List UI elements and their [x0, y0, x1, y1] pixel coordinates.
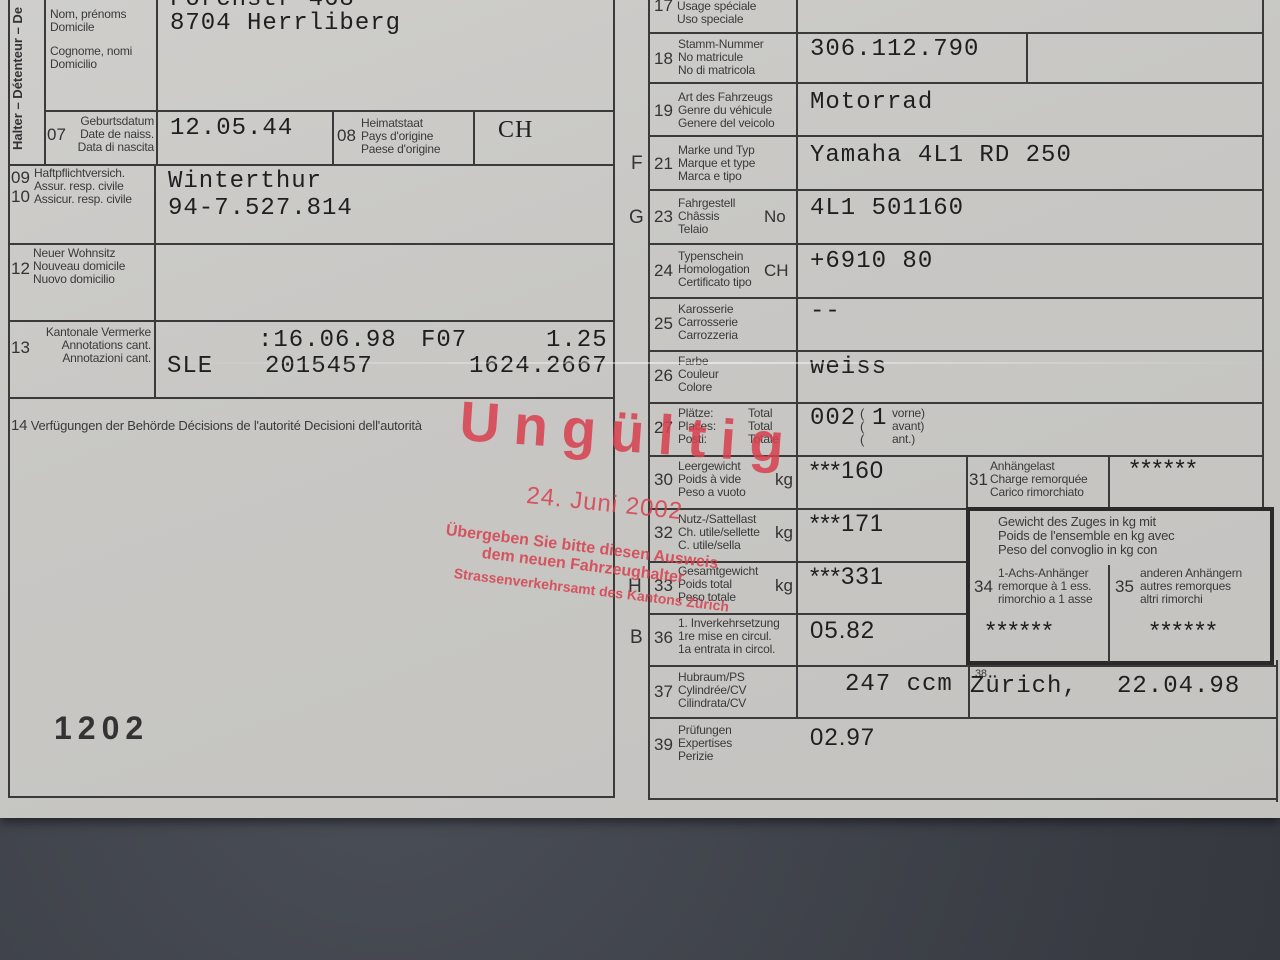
field-number: 36: [654, 628, 673, 648]
field-number: 17: [654, 0, 673, 16]
divider: [44, 110, 614, 112]
field-number: 23: [654, 207, 673, 227]
issue-place-value: Zürich,: [970, 673, 1078, 700]
divider: [648, 508, 968, 510]
field-number: 32: [654, 523, 673, 543]
field-number: 18: [654, 49, 673, 69]
divider: [648, 82, 1263, 84]
field-number: 39: [654, 735, 673, 755]
seats-parens: (((: [860, 407, 864, 446]
field-number: 34: [974, 577, 993, 597]
body-label: Karosserie Carrosserie Carrozzeria: [678, 303, 738, 342]
field-number: 30: [654, 470, 673, 490]
chassis-value: 4L1 501160: [810, 195, 964, 222]
field-number: 35: [1115, 577, 1134, 597]
color-label: Farbe Couleur Colore: [678, 355, 719, 394]
trailer-load-value: ******: [1130, 455, 1198, 483]
section-letter: F: [631, 153, 643, 175]
divider: [648, 243, 1263, 245]
make-model-value: Yamaha 4L1 RD 250: [810, 142, 1072, 169]
divider: [648, 32, 1263, 34]
registration-document: Halter – Détenteur – De Nom, prénoms Dom…: [0, 0, 1280, 818]
divider: [796, 0, 798, 718]
chassis-label: Fahrgestell Châssis Telaio: [678, 197, 735, 236]
divider: [1026, 32, 1028, 82]
birthdate-value: 12.05.44: [170, 115, 293, 142]
make-model-label: Marke und Typ Marque et type Marca e tip…: [678, 144, 755, 183]
first-registration-label: 1. Inverkehrsetzung 1re mise en circul. …: [678, 617, 780, 656]
section-letter: G: [629, 207, 644, 229]
total-weight-value: ***331: [810, 563, 884, 591]
vehicle-type-label: Art des Fahrzeugs Genre du véhicule Gene…: [678, 91, 774, 130]
divider: [648, 613, 968, 615]
seats-total-value: 002: [810, 405, 856, 432]
origin-value: CH: [498, 117, 533, 144]
field-number: 25: [654, 314, 673, 334]
divider: [966, 455, 968, 508]
field-number: 21: [654, 154, 673, 174]
vehicle-type-value: Motorrad: [810, 89, 933, 116]
field-number: 09: [11, 168, 30, 188]
document-control-number: 1202: [54, 710, 149, 747]
divider: [8, 320, 614, 322]
divider: [332, 110, 334, 165]
single-axle-trailer-value: ******: [986, 617, 1054, 645]
divider: [44, 0, 46, 165]
divider: [648, 717, 1278, 719]
holder-section-label: Halter – Détenteur – De: [10, 7, 25, 150]
field-number: 31: [969, 470, 988, 490]
cantonal-code: F07: [421, 327, 467, 354]
registry-number-value: 306.112.790: [810, 36, 979, 63]
divider: [648, 350, 1263, 352]
inspections-label: Prüfungen Expertises Perizie: [678, 724, 732, 763]
field-number: 19: [654, 101, 673, 121]
divider: [1262, 0, 1264, 510]
authority-decisions-label: 14 Verfügungen der Behörde Décisions de …: [11, 419, 422, 432]
payload-value: ***171: [810, 510, 884, 538]
cantonal-notes-label: Kantonale Vermerke Annotations cant. Ann…: [33, 326, 151, 365]
trailer-load-label: Anhängelast Charge remorquée Carico rimo…: [990, 460, 1088, 499]
field-number: 37: [654, 682, 673, 702]
homologation-country: CH: [764, 261, 789, 281]
cantonal-number: 2015457: [265, 353, 373, 380]
holder-address-line2: 8704 Herrliberg: [170, 10, 401, 37]
special-use-label: Usage spéciale Uso speciale: [677, 0, 756, 26]
paper-crease: [150, 362, 1280, 364]
registry-number-label: Stamm-Nummer No matricule No di matricol…: [678, 38, 764, 77]
origin-label: Heimatstaat Pays d'origine Paese d'origi…: [361, 117, 440, 156]
section-letter: B: [630, 627, 643, 649]
chassis-no-suffix: No: [764, 207, 786, 227]
divider: [648, 135, 1263, 137]
insurance-label: Haftpflichtversich. Assur. resp. civile …: [34, 167, 132, 206]
cantonal-prefix: SLE: [167, 353, 213, 380]
policy-number-value: 94-7.527.814: [168, 195, 353, 222]
homologation-label: Typenschein Homologation Certificato tip…: [678, 250, 752, 289]
divider: [1108, 565, 1110, 662]
left-bottom-border: [8, 796, 614, 798]
inspections-value: 02.97: [810, 724, 875, 752]
color-value: weiss: [810, 354, 887, 381]
seats-front-value: 1: [872, 405, 887, 432]
other-trailers-label: anderen Anhängern autres remorques altri…: [1140, 567, 1242, 606]
seats-front-label: vorne) avant) ant.): [892, 407, 925, 446]
divider: [648, 189, 1263, 191]
holder-label: Nom, prénoms Domicile Cognome, nomi Domi…: [50, 8, 132, 71]
insurer-value: Winterthur: [168, 168, 322, 195]
cantonal-amount-1: 1.25: [546, 327, 608, 354]
unit-kg: kg: [775, 523, 793, 543]
field-number: 13: [11, 338, 30, 358]
displacement-value: 247 ccm: [845, 671, 953, 698]
new-domicile-label: Neuer Wohnsitz Nouveau domicile Nuovo do…: [33, 247, 125, 286]
single-axle-trailer-label: 1-Achs-Anhänger remorque à 1 ess. rimorc…: [998, 567, 1092, 606]
divider: [156, 0, 158, 165]
divider: [648, 402, 1263, 404]
empty-weight-value: ***160: [810, 457, 884, 485]
displacement-label: Hubraum/PS Cylindrée/CV Cilindrata/CV: [678, 671, 746, 710]
unit-kg: kg: [775, 576, 793, 596]
body-value: --: [810, 298, 841, 325]
cantonal-date: :16.06.98: [258, 327, 397, 354]
right-bottom-border: [648, 798, 1278, 800]
first-registration-value: 05.82: [810, 617, 875, 645]
field-number: 08: [337, 126, 356, 146]
birthdate-label: Geburtsdatum Date de naiss. Data di nasc…: [66, 115, 154, 154]
field-number: 12: [11, 259, 30, 279]
right-panel-left-border: [648, 0, 650, 798]
homologation-value: +6910 80: [810, 248, 933, 275]
divider: [8, 243, 614, 245]
right-border: [1276, 660, 1278, 802]
payload-label: Nutz-/Sattellast Ch. utile/sellette C. u…: [678, 513, 760, 552]
other-trailers-value: ******: [1150, 617, 1218, 645]
issue-date-value: 22.04.98: [1117, 673, 1240, 700]
field-number: 24: [654, 261, 673, 281]
divider: [648, 665, 1278, 667]
field-number: 07: [47, 125, 66, 145]
divider: [1108, 455, 1110, 508]
field-number: 10: [11, 187, 30, 207]
field-number: 26: [654, 366, 673, 386]
divider: [473, 110, 475, 165]
divider: [648, 297, 1263, 299]
train-weight-header: Gewicht des Zuges in kg mit Poids de l'e…: [998, 515, 1174, 557]
cantonal-amount-2: 1624.2667: [469, 353, 608, 380]
